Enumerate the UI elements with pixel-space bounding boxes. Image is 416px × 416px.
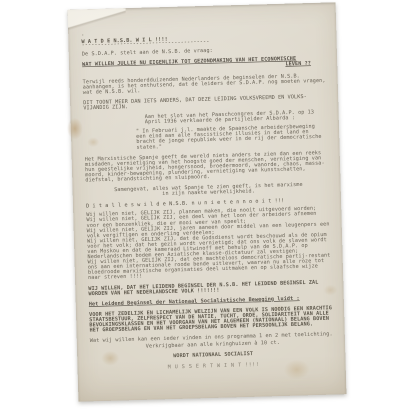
typewritten-leaflet: . W A T D E N.S.B. W I L !!!! ----------…	[68, 2, 347, 401]
slogan: M U S S E R T W I N T !!!!	[91, 360, 337, 372]
paragraph-unaware: Terwijl reeds honderdduizenden Nederland…	[83, 72, 329, 95]
paragraph-spain: Het Marxistische Spanje geeft de wereld …	[85, 150, 331, 183]
albarda-quote: " In Februari j.l. maakte de Spaansche a…	[136, 124, 325, 150]
paragraph-accusation: DIT TOONT MEER DAN IETS ANDERS, DAT DEZE…	[83, 93, 329, 110]
stain-spot	[67, 117, 84, 139]
photo-background: . W A T D E N.S.B. W I L !!!! ----------…	[0, 0, 416, 416]
principle-text: VOOR HET ZEDELIJK EN LICHAMELIJK WELZIJN…	[89, 305, 335, 333]
document-body: . W A T D E N.S.B. W I L !!!! ----------…	[81, 25, 336, 372]
call-to-action: WORDT NATIONAAL SOCIALIST	[90, 349, 336, 361]
quote-intro: Aan het slot van het Paaschcongres der S…	[145, 109, 330, 125]
paragraph-want: WIJ WILLEN, DAT HET LEIDEND BEGINSEL DER…	[88, 279, 334, 296]
refusal-item: Wij willen niet, GELIJK ZIJ, dat een mac…	[88, 253, 334, 281]
